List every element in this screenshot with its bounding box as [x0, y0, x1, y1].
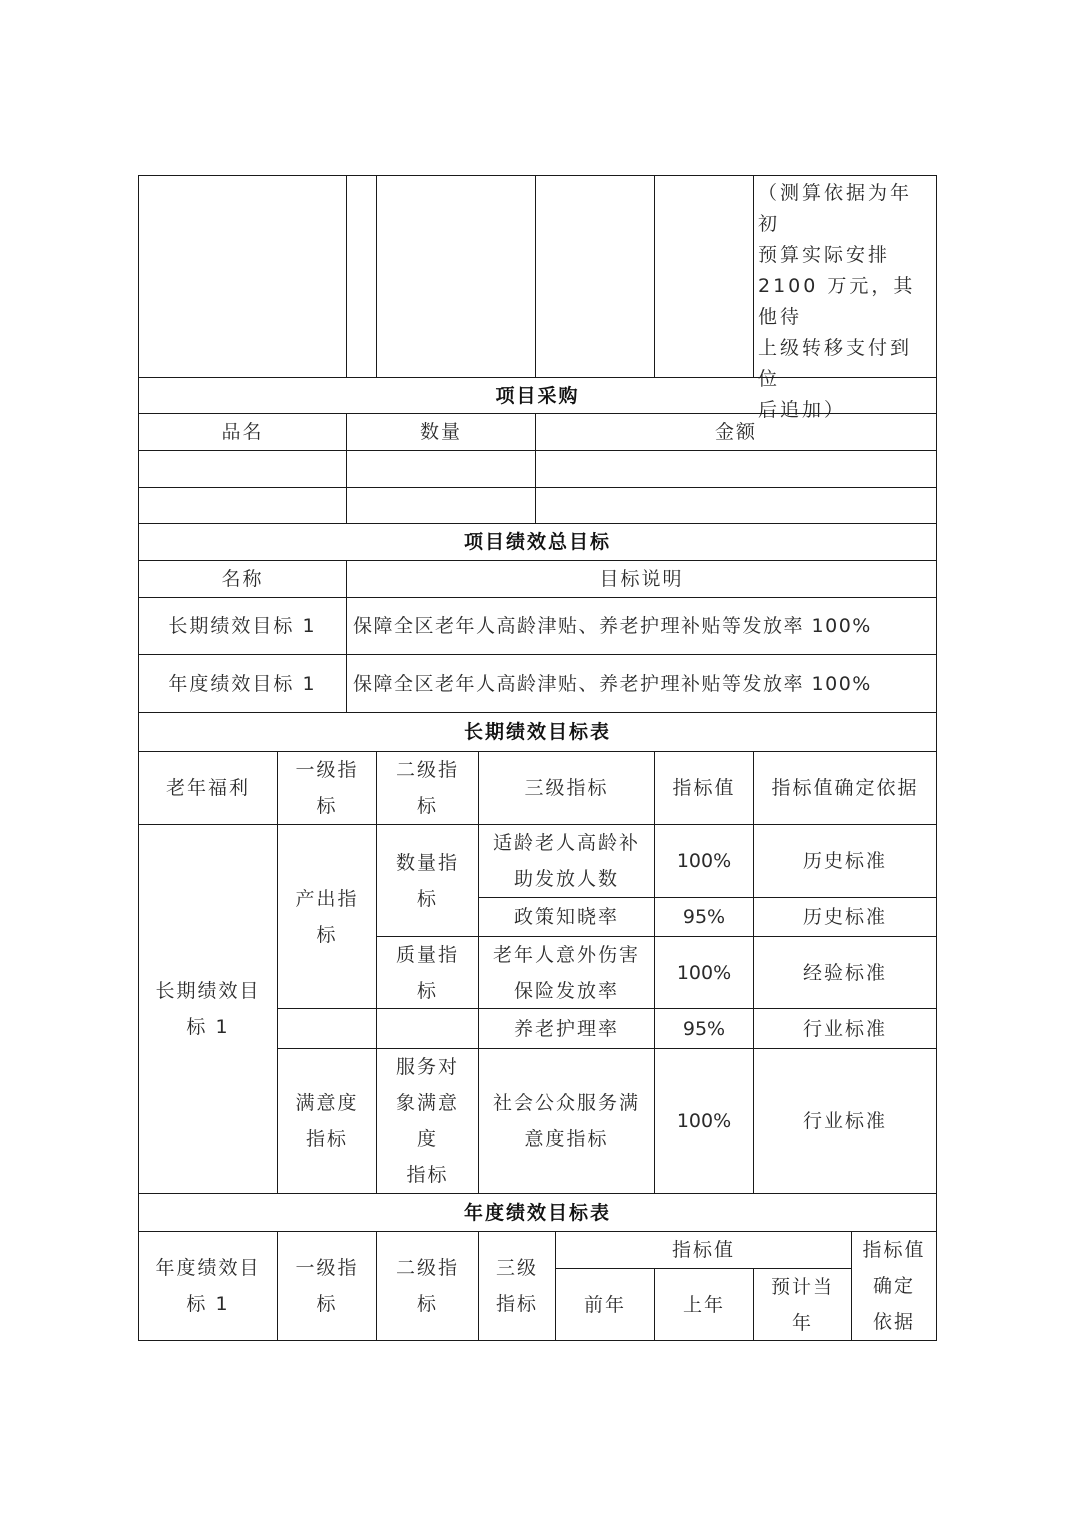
top-cell-2 — [346, 175, 377, 378]
top-cell-5 — [654, 175, 754, 378]
budget-basis-note: （测算依据为年初 预算实际安排 2100 万元，其他待 上级转移支付到位 后追加… — [753, 175, 937, 378]
top-cell-3 — [376, 175, 536, 378]
long-term-row-2-value: 95% — [654, 897, 754, 937]
annual-header-level3: 三级 指标 — [478, 1231, 556, 1341]
long-term-goal-label: 长期绩效目 标 1 — [138, 824, 278, 1194]
long-term-row-5-basis: 行业标准 — [753, 1048, 937, 1194]
procurement-row-2-amount — [535, 487, 937, 524]
procurement-title: 项目采购 — [138, 377, 937, 414]
long-term-level2-service: 服务对 象满意 度 指标 — [376, 1048, 479, 1194]
annual-table-title: 年度绩效目标表 — [138, 1193, 937, 1232]
long-term-level2-quantity: 数量指 标 — [376, 824, 479, 937]
long-term-header-basis: 指标值确定依据 — [753, 751, 937, 825]
long-term-row-1-basis: 历史标准 — [753, 824, 937, 898]
procurement-header-item-name: 品名 — [138, 413, 347, 451]
overall-goal-1-description: 保障全区老年人高龄津贴、养老护理补贴等发放率 100% — [346, 597, 937, 655]
overall-goal-1-name: 长期绩效目标 1 — [138, 597, 347, 655]
long-term-header-level2: 二级指 标 — [376, 751, 479, 825]
overall-goals-header-name: 名称 — [138, 560, 347, 598]
procurement-row-2-quantity — [346, 487, 536, 524]
long-term-level2-quality: 质量指 标 — [376, 936, 479, 1009]
long-term-row-5-level3: 社会公众服务满 意度指标 — [478, 1048, 655, 1194]
procurement-row-1-item — [138, 450, 347, 488]
procurement-header-amount: 金额 — [535, 413, 937, 451]
procurement-row-1-quantity — [346, 450, 536, 488]
long-term-row-3-level3: 老年人意外伤害 保险发放率 — [478, 936, 655, 1009]
long-term-row-2-level3: 政策知晓率 — [478, 897, 655, 937]
procurement-row-1-amount — [535, 450, 937, 488]
long-term-row-5-value: 100% — [654, 1048, 754, 1194]
long-term-level1-satisfaction: 满意度 指标 — [277, 1048, 377, 1194]
overall-goals-header-description: 目标说明 — [346, 560, 937, 598]
long-term-level1-output: 产出指 标 — [277, 824, 377, 1009]
procurement-row-2-item — [138, 487, 347, 524]
annual-header-basis: 指标值 确定 依据 — [851, 1231, 937, 1341]
annual-header-level1: 一级指 标 — [277, 1231, 377, 1341]
annual-header-expected-year: 预计当 年 — [753, 1268, 852, 1341]
long-term-row-4-level2 — [376, 1008, 479, 1049]
overall-goal-2-name: 年度绩效目标 1 — [138, 654, 347, 713]
long-term-row-1-value: 100% — [654, 824, 754, 898]
top-cell-1 — [138, 175, 347, 378]
long-term-row-1-level3: 适龄老人高龄补 助发放人数 — [478, 824, 655, 898]
annual-header-last-year: 上年 — [654, 1268, 754, 1341]
long-term-header-value: 指标值 — [654, 751, 754, 825]
top-cell-4 — [535, 175, 655, 378]
procurement-header-quantity: 数量 — [346, 413, 536, 451]
long-term-row-4-value: 95% — [654, 1008, 754, 1049]
long-term-row-4-level3: 养老护理率 — [478, 1008, 655, 1049]
overall-goals-title: 项目绩效总目标 — [138, 523, 937, 561]
long-term-row-3-value: 100% — [654, 936, 754, 1009]
annual-header-value-group: 指标值 — [555, 1231, 852, 1269]
long-term-header-category: 老年福利 — [138, 751, 278, 825]
long-term-row-3-basis: 经验标准 — [753, 936, 937, 1009]
long-term-row-2-basis: 历史标准 — [753, 897, 937, 937]
long-term-row-4-level1 — [277, 1008, 377, 1049]
long-term-table-title: 长期绩效目标表 — [138, 712, 937, 752]
long-term-header-level1: 一级指 标 — [277, 751, 377, 825]
annual-header-goal: 年度绩效目 标 1 — [138, 1231, 278, 1341]
long-term-header-level3: 三级指标 — [478, 751, 655, 825]
long-term-row-4-basis: 行业标准 — [753, 1008, 937, 1049]
annual-header-level2: 二级指 标 — [376, 1231, 479, 1341]
overall-goal-2-description: 保障全区老年人高龄津贴、养老护理补贴等发放率 100% — [346, 654, 937, 713]
annual-header-prev-year: 前年 — [555, 1268, 655, 1341]
